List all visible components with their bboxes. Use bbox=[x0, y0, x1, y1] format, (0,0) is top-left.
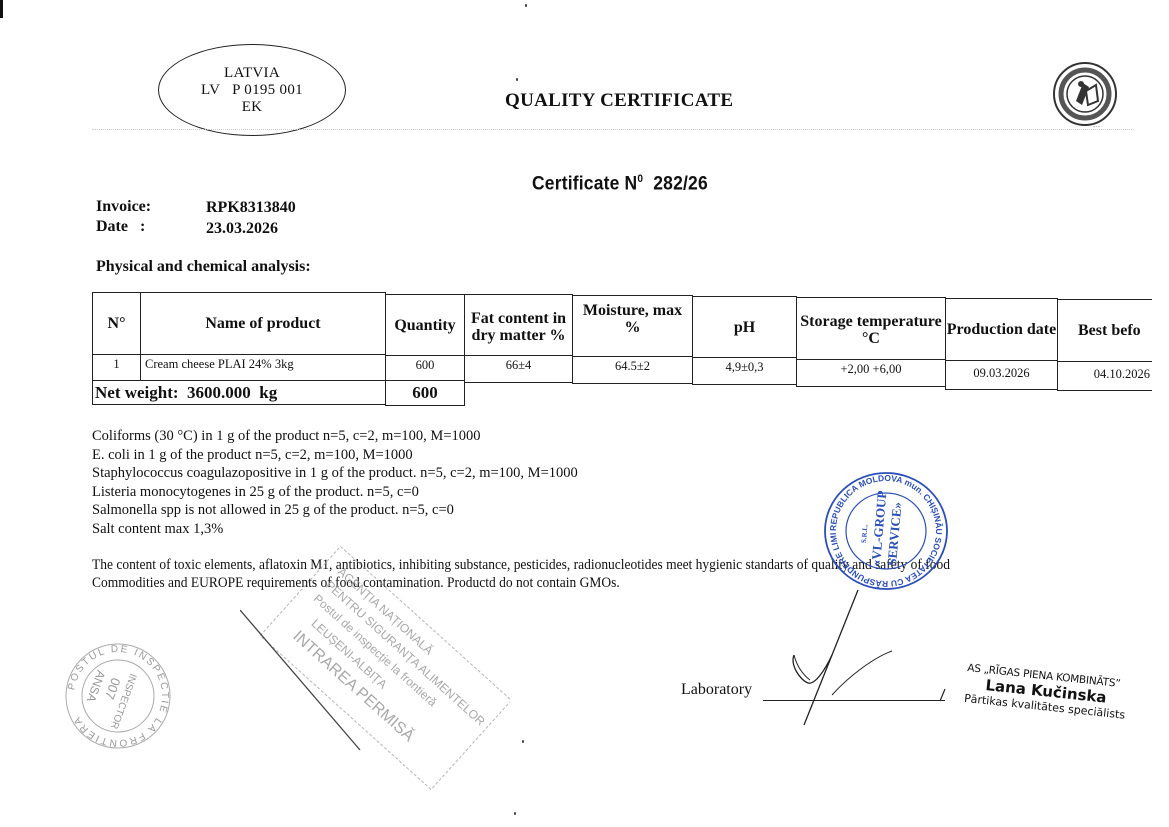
criterion-ecoli: E. coli in 1 g of the product n=5, c=2, … bbox=[92, 446, 578, 465]
specialist-stamp: AS „RĪGAS PIENA KOMBINĀTS” Lana Kučinska… bbox=[964, 662, 1129, 722]
approval-number: LV P 0195 001 bbox=[159, 82, 345, 99]
scan-speck bbox=[514, 812, 516, 815]
criterion-salmonella: Salmonella spp is not allowed in 25 g of… bbox=[92, 501, 578, 520]
scan-edge-mark bbox=[0, 0, 3, 18]
certificate-number: Certificate N0 282/26 bbox=[532, 173, 708, 195]
border-inspector-round-stamp: POSTUL DE INSPECTIE LA FRONTIERA INSPECT… bbox=[62, 640, 174, 752]
approval-country: LATVIA bbox=[159, 65, 345, 82]
col-header-fat: Fat content in dry matter % bbox=[464, 294, 573, 356]
col-header-quantity: Quantity bbox=[385, 294, 465, 356]
rigas-piena-kombinats-logo-icon bbox=[1052, 61, 1118, 127]
scan-speck bbox=[516, 78, 518, 81]
microbiology-criteria: Coliforms (30 °C) in 1 g of the product … bbox=[92, 427, 578, 538]
invoice-value: RPK8313840 bbox=[206, 199, 296, 217]
section-title: Physical and chemical analysis: bbox=[96, 258, 311, 276]
col-header-best-before: Best befo bbox=[1057, 299, 1152, 362]
approval-mark-oval: LATVIA LV P 0195 001 EK bbox=[158, 44, 346, 136]
svg-text:ANSA: ANSA bbox=[84, 668, 108, 704]
border-inspection-rect-stamp: AGENȚIA NAȚIONALĂ PENTRU SIGURANȚA ALIME… bbox=[240, 530, 510, 800]
approval-ek: EK bbox=[159, 99, 345, 116]
col-header-name: Name of product bbox=[140, 292, 386, 355]
net-quantity: 600 bbox=[385, 380, 465, 406]
logo-caption: --- bbox=[1093, 124, 1100, 131]
cell-best-before: 04.10.2026 bbox=[1057, 361, 1152, 391]
col-header-moisture: Moisture, max % bbox=[572, 295, 693, 357]
cell-no: 1 bbox=[92, 354, 141, 381]
date-value: 23.03.2026 bbox=[206, 220, 278, 238]
cell-moisture: 64.5±2 bbox=[572, 356, 693, 384]
criterion-staphylococcus: Staphylococcus coagulazopositive in 1 g … bbox=[92, 464, 578, 483]
cell-fat: 66±4 bbox=[464, 355, 573, 383]
laboratory-label: Laboratory bbox=[681, 681, 752, 699]
scan-speck bbox=[522, 740, 524, 743]
certificate-number-value: 282/26 bbox=[653, 173, 708, 194]
cell-product-name: Cream cheese PLAI 24% 3kg bbox=[140, 354, 386, 381]
header-divider bbox=[92, 129, 1132, 131]
invoice-label: Invoice: bbox=[96, 198, 151, 216]
criterion-coliforms: Coliforms (30 °C) in 1 g of the product … bbox=[92, 427, 578, 446]
cell-quantity: 600 bbox=[385, 355, 465, 381]
cell-storage: +2,00 +6,00 bbox=[796, 359, 946, 387]
scan-speck bbox=[525, 4, 527, 7]
date-label: Date : bbox=[96, 218, 145, 236]
col-header-storage: Storage temperature °C bbox=[796, 297, 946, 360]
cell-ph: 4,9±0,3 bbox=[692, 357, 797, 385]
cell-production-date: 09.03.2026 bbox=[945, 360, 1058, 390]
col-header-no: N° bbox=[92, 292, 141, 355]
col-header-production-date: Production date bbox=[945, 298, 1058, 361]
criterion-listeria: Listeria monocytogenes in 25 g of the pr… bbox=[92, 483, 578, 502]
col-header-ph: pH bbox=[692, 296, 797, 358]
document-title: QUALITY CERTIFICATE bbox=[505, 90, 733, 112]
handwritten-signature bbox=[780, 585, 980, 735]
svg-text:S.R.L.: S.R.L. bbox=[860, 524, 870, 544]
vl-group-service-stamp: REPUBLICA MOLDOVA mun. CHIȘINĂU SOCIETAT… bbox=[822, 470, 950, 592]
net-weight: Net weight: 3600.000 kg bbox=[92, 380, 386, 405]
